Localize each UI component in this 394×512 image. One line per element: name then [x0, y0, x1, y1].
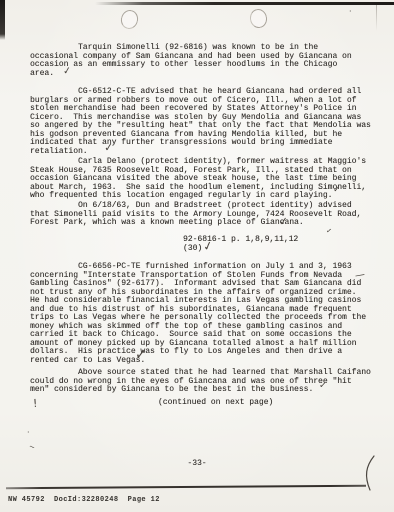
scan-edge-line: [95, 2, 394, 5]
page-bottom-rule: [6, 485, 366, 490]
paragraph-cg6656-vegas: CG-6656-PC-TE furnished information on J…: [30, 263, 366, 365]
file-citation: 92-6816-1 p. 1,8,9,11,12 (30): [183, 236, 298, 253]
paragraph-dun-bradstreet: On 6/18/63, Dun and Bradstreet (protect …: [30, 202, 361, 228]
scanned-document-page: Tarquin Simonelli (92-6816) was known to…: [0, 0, 394, 512]
archive-footer: NW 45792 DocId:32280248 Page 12: [8, 496, 160, 504]
scan-edge-tick: [376, 5, 377, 31]
pen-mark: ·: [27, 428, 30, 437]
pen-mark: !: [33, 397, 38, 410]
punch-hole-icon: [248, 8, 268, 30]
pen-mark: ·: [349, 7, 352, 16]
pen-mark: ✓: [325, 227, 332, 236]
page-number: -33-: [0, 460, 394, 469]
continued-note: (continued on next page): [158, 399, 273, 408]
paragraph-caifano: Above source stated that he had learned …: [30, 369, 371, 395]
paragraph-carla-delano: Carla Delano (protect identity), former …: [30, 158, 366, 201]
pen-stroke-curve: [358, 452, 378, 494]
pen-mark: ~: [28, 442, 36, 452]
paragraph-cg6512-cicero: CG-6512-C-TE advised that he heard Gianc…: [30, 88, 371, 156]
scan-corner-artifact: [0, 0, 5, 40]
punch-hole-icon: [119, 8, 140, 31]
paragraph-simonelli-intro: Tarquin Simonelli (92-6816) was known to…: [30, 44, 352, 78]
